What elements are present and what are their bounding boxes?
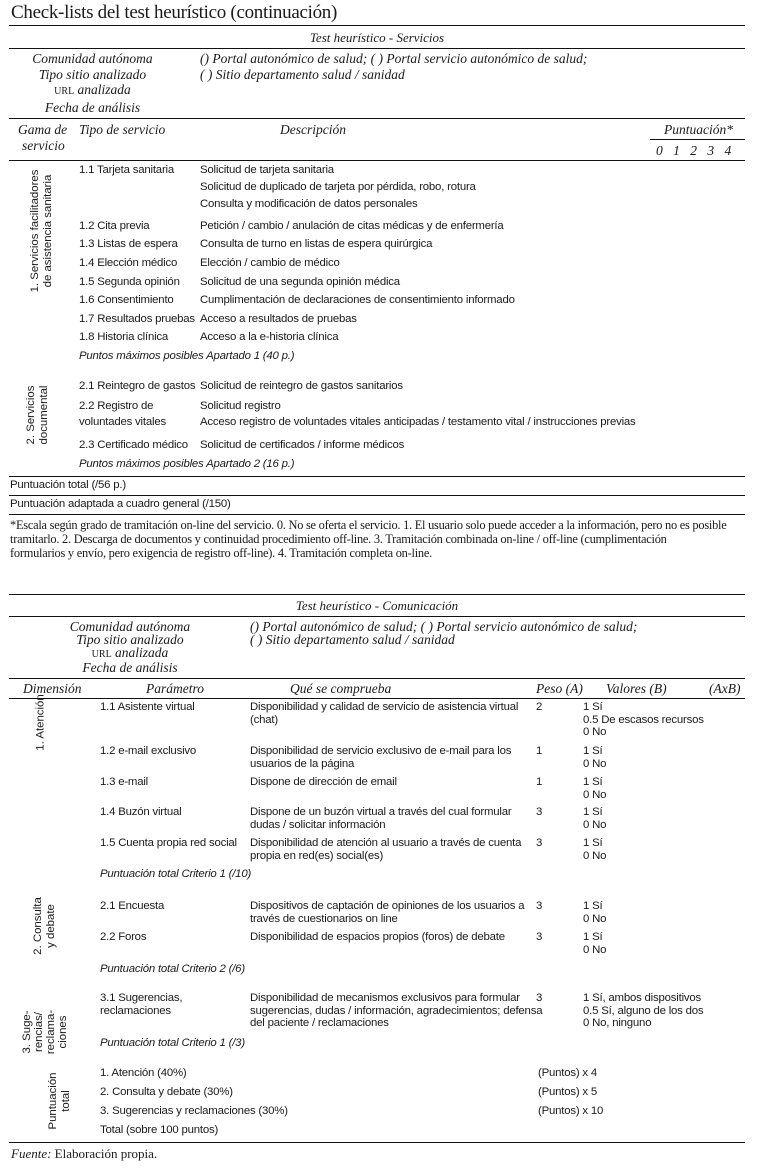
parameter: 1.4 Buzón virtual — [100, 806, 181, 819]
service-type: 2.2 Registro de — [79, 400, 153, 412]
check-description: Disponibilidad de mecanismos exclusivos … — [250, 992, 542, 1030]
service-type: 1.4 Elección médico — [79, 257, 177, 269]
services-caption: Test heurístico - Servicios — [9, 30, 745, 46]
rule — [650, 139, 745, 140]
service-desc: Acceso a resultados de pruebas — [200, 313, 357, 325]
site-type-option-portal: () Portal autonómico de salud; ( ) Porta… — [200, 51, 587, 67]
rule — [9, 476, 745, 477]
values: 1 Sí 0 No — [583, 745, 606, 770]
dimension-2-subtotal: Puntuación total Criterio 2 (/6) — [100, 963, 245, 976]
rule — [9, 1142, 745, 1143]
header-valores: Valores (B) — [606, 681, 667, 697]
weighted-item: 1. Atención (40%) — [100, 1067, 187, 1079]
service-desc: Solicitud de tarjeta sanitaria — [200, 164, 334, 176]
service-desc: Solicitud de una segunda opinión médica — [200, 276, 400, 288]
rule — [9, 25, 745, 26]
dimension-2-label: 2. Consulta y debate — [32, 891, 58, 961]
weight: 3 — [536, 992, 542, 1005]
check-description: Dispone de un buzón virtual a través del… — [250, 806, 511, 831]
services-adapted-total: Puntuación adaptada a cuadro general (/1… — [10, 498, 231, 510]
meta-comunidad: Comunidad autónoma — [10, 51, 175, 67]
service-desc: Acceso registro de voluntades vitales an… — [200, 416, 636, 428]
service-type: 1.7 Resultados pruebas — [79, 313, 195, 325]
weight: 1 — [536, 745, 542, 758]
service-desc: Solicitud de reintegro de gastos sanitar… — [200, 380, 403, 392]
service-desc: Consulta y modificación de datos persona… — [200, 198, 417, 210]
service-desc: Elección / cambio de médico — [200, 257, 340, 269]
service-desc: Solicitud registro — [200, 400, 281, 412]
score-scale: 0 1 2 3 4 — [656, 143, 731, 159]
weight: 3 — [536, 931, 542, 944]
dimension-3-subtotal: Puntuación total Criterio 1 (/3) — [100, 1037, 245, 1050]
values: 1 Sí, ambos dispositivos 0.5 Sí, alguno … — [583, 992, 703, 1030]
communication-meta-labels: Comunidad autónoma Tipo sitio analizado … — [40, 620, 220, 674]
service-type: 2.1 Reintegro de gastos — [79, 380, 195, 392]
dimension-3-label: 3. Suge- rencias/ reclama- ciones — [21, 997, 69, 1067]
service-type: 1.8 Historia clínica — [79, 331, 168, 343]
parameter: 2.2 Foros — [100, 931, 146, 944]
services-meta-options: () Portal autonómico de salud; ( ) Porta… — [200, 51, 587, 82]
service-type: 1.6 Consentimiento — [79, 294, 174, 306]
communication-meta-options: () Portal autonómico de salud; ( ) Porta… — [250, 620, 637, 646]
service-type: voluntades vitales — [79, 416, 166, 428]
header-axb: (AxB) — [709, 681, 740, 697]
weight: 1 — [536, 776, 542, 789]
total-block-label: Puntuación total — [47, 1061, 73, 1141]
parameter: 1.5 Cuenta propia red social — [100, 837, 237, 850]
values: 1 Sí 0 No — [583, 837, 606, 862]
service-type: 1.2 Cita previa — [79, 220, 149, 232]
parameter: 3.1 Sugerencias, reclamaciones — [100, 992, 182, 1017]
service-type: 1.1 Tarjeta sanitaria — [79, 164, 174, 176]
parameter: 1.2 e-mail exclusivo — [100, 745, 196, 758]
header-peso: Peso (A) — [536, 681, 583, 697]
group-2-label: 2. Servicios documental — [25, 375, 51, 455]
service-desc: Consulta de turno en listas de espera qu… — [200, 238, 432, 250]
grand-total: Total (sobre 100 puntos) — [100, 1124, 218, 1136]
meta-url: URL analizada — [40, 646, 220, 661]
parameter: 1.1 Asistente virtual — [100, 701, 195, 714]
header-descripcion: Descripción — [280, 122, 346, 138]
page-title: Check-lists del test heurístico (continu… — [11, 2, 337, 24]
header-que-se-comprueba: Qué se comprueba — [290, 681, 391, 697]
weighted-formula: (Puntos) x 5 — [538, 1086, 597, 1098]
group-1-label: 1. Servicios facilitadores de asistencia… — [29, 161, 55, 301]
weighted-formula: (Puntos) x 10 — [538, 1105, 603, 1117]
service-desc: Acceso a la e-historia clínica — [200, 331, 338, 343]
weighted-item: 3. Sugerencias y reclamaciones (30%) — [100, 1105, 288, 1117]
rule — [9, 118, 745, 119]
dimension-1-label: 1. Atención — [35, 688, 48, 758]
services-footnote: *Escala según grado de tramitación on-li… — [10, 518, 726, 560]
header-gama: Gama de — [18, 122, 67, 138]
parameter: 1.3 e-mail — [100, 776, 148, 789]
weight: 2 — [536, 701, 542, 714]
values: 1 Sí 0 No — [583, 900, 606, 925]
meta-fecha: Fecha de análisis — [10, 100, 175, 116]
rule — [9, 514, 745, 515]
parameter: 2.1 Encuesta — [100, 900, 164, 913]
weighted-formula: (Puntos) x 4 — [538, 1067, 597, 1079]
rule — [9, 698, 745, 699]
weight: 3 — [536, 900, 542, 913]
header-gama-2: servicio — [22, 138, 65, 154]
site-type-option-departamento: ( ) Sitio departamento salud / sanidad — [250, 633, 637, 646]
service-type: 2.3 Certificado médico — [79, 439, 188, 451]
values: 1 Sí 0 No — [583, 776, 606, 801]
header-tipo-servicio: Tipo de servicio — [79, 122, 165, 138]
meta-url: URL analizada — [10, 82, 175, 100]
header-puntuacion: Puntuación* — [664, 122, 733, 138]
service-type: 1.3 Listas de espera — [79, 238, 178, 250]
values: 1 Sí 0 No — [583, 806, 606, 831]
group-2-subtotal: Puntos máximos posibles Apartado 2 (16 p… — [79, 458, 294, 470]
rule — [9, 160, 745, 161]
weighted-item: 2. Consulta y debate (30%) — [100, 1086, 233, 1098]
dimension-1-subtotal: Puntuación total Criterio 1 (/10) — [100, 868, 251, 881]
weight: 3 — [536, 806, 542, 819]
source-note: Fuente: Elaboración propia. — [11, 1146, 157, 1162]
values: 1 Sí 0 No — [583, 931, 606, 956]
weight: 3 — [536, 837, 542, 850]
check-description: Disponibilidad de servicio exclusivo de … — [250, 745, 511, 770]
check-description: Dispone de dirección de email — [250, 776, 397, 789]
communication-caption: Test heurístico - Comunicación — [9, 598, 745, 614]
group-1-subtotal: Puntos máximos posibles Apartado 1 (40 p… — [79, 350, 294, 362]
meta-fecha: Fecha de análisis — [40, 661, 220, 674]
values: 1 Sí 0.5 De escasos recursos 0 No — [583, 701, 704, 739]
header-dimension: Dimensión — [23, 681, 82, 697]
rule — [9, 678, 745, 679]
site-type-option-departamento: ( ) Sitio departamento salud / sanidad — [200, 67, 587, 83]
rule — [9, 594, 745, 595]
header-parametro: Parámetro — [146, 681, 204, 697]
check-description: Disponibilidad de atención al usuario a … — [250, 837, 521, 862]
rule — [9, 495, 745, 496]
check-description: Dispositivos de captación de opiniones d… — [250, 900, 524, 925]
rule — [9, 616, 745, 617]
service-desc: Petición / cambio / anulación de citas m… — [200, 220, 504, 232]
services-total: Puntuación total (/56 p.) — [10, 479, 126, 491]
meta-tipo-sitio: Tipo sitio analizado — [10, 67, 175, 83]
check-description: Disponibilidad y calidad de servicio de … — [250, 701, 518, 726]
service-desc: Solicitud de duplicado de tarjeta por pé… — [200, 181, 476, 193]
check-description: Disponibilidad de espacios propios (foro… — [250, 931, 505, 944]
service-type: 1.5 Segunda opinión — [79, 276, 180, 288]
service-desc: Solicitud de certificados / informe médi… — [200, 439, 404, 451]
service-desc: Cumplimentación de declaraciones de cons… — [200, 294, 515, 306]
services-meta-labels: Comunidad autónoma Tipo sitio analizado … — [10, 51, 175, 115]
rule — [9, 48, 745, 49]
